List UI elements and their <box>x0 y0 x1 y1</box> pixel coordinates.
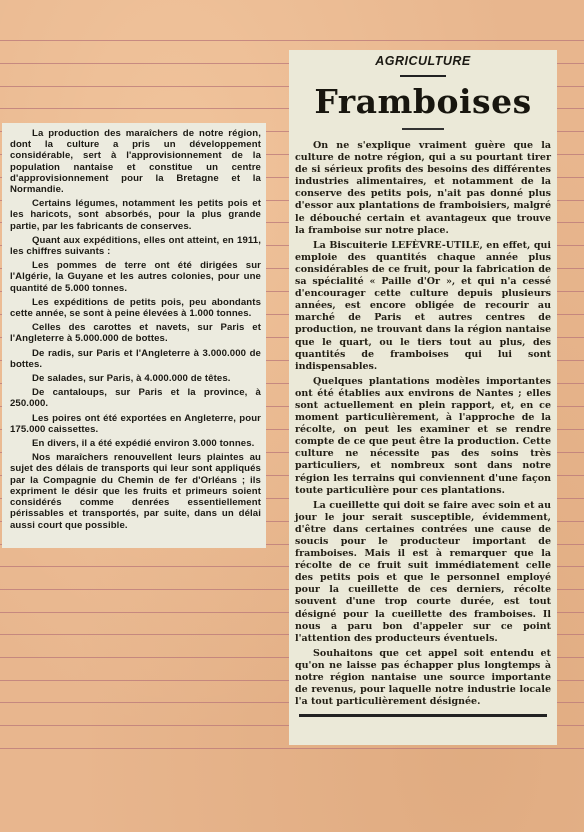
paragraph: Souhaitons que cet appel soit entendu et… <box>295 648 551 708</box>
right-newspaper-clipping: AGRICULTURE Framboises On ne s'explique … <box>289 50 557 745</box>
divider <box>402 128 444 130</box>
paragraph: Celles des carottes et navets, sur Paris… <box>10 322 261 344</box>
paragraph: Certains légumes, notamment les petits p… <box>10 198 261 232</box>
article-body: On ne s'explique vraiment guère que la c… <box>295 140 551 708</box>
article-headline: Framboises <box>295 82 551 122</box>
paragraph: Les pommes de terre ont été dirigées sur… <box>10 260 261 294</box>
paragraph: De salades, sur Paris, à 4.000.000 de tê… <box>10 373 261 384</box>
paragraph: Nos maraîchers renouvellent leurs plaint… <box>10 452 261 530</box>
ruled-line <box>0 748 584 749</box>
paragraph: La Biscuiterie LEFÈVRE-UTILE, en effet, … <box>295 240 551 373</box>
paragraph: Quelques plantations modèles importantes… <box>295 376 551 497</box>
left-newspaper-clipping: La production des maraîchers de notre ré… <box>2 123 266 548</box>
paragraph: Les poires ont été exportées en Angleter… <box>10 413 261 435</box>
paragraph: Quant aux expéditions, elles ont atteint… <box>10 235 261 257</box>
paragraph: Les expéditions de petits pois, peu abon… <box>10 297 261 319</box>
paragraph: De radis, sur Paris et l'Angleterre à 3.… <box>10 348 261 370</box>
ruled-line <box>0 40 584 41</box>
paragraph: La cueillette qui doit se faire avec soi… <box>295 500 551 645</box>
paragraph: On ne s'explique vraiment guère que la c… <box>295 140 551 237</box>
paragraph: En divers, il a été expédié environ 3.00… <box>10 438 261 449</box>
divider <box>400 75 446 77</box>
end-rule <box>299 714 547 717</box>
paragraph: De cantaloups, sur Paris et la province,… <box>10 387 261 409</box>
section-label: AGRICULTURE <box>295 54 551 68</box>
paragraph: La production des maraîchers de notre ré… <box>10 128 261 195</box>
